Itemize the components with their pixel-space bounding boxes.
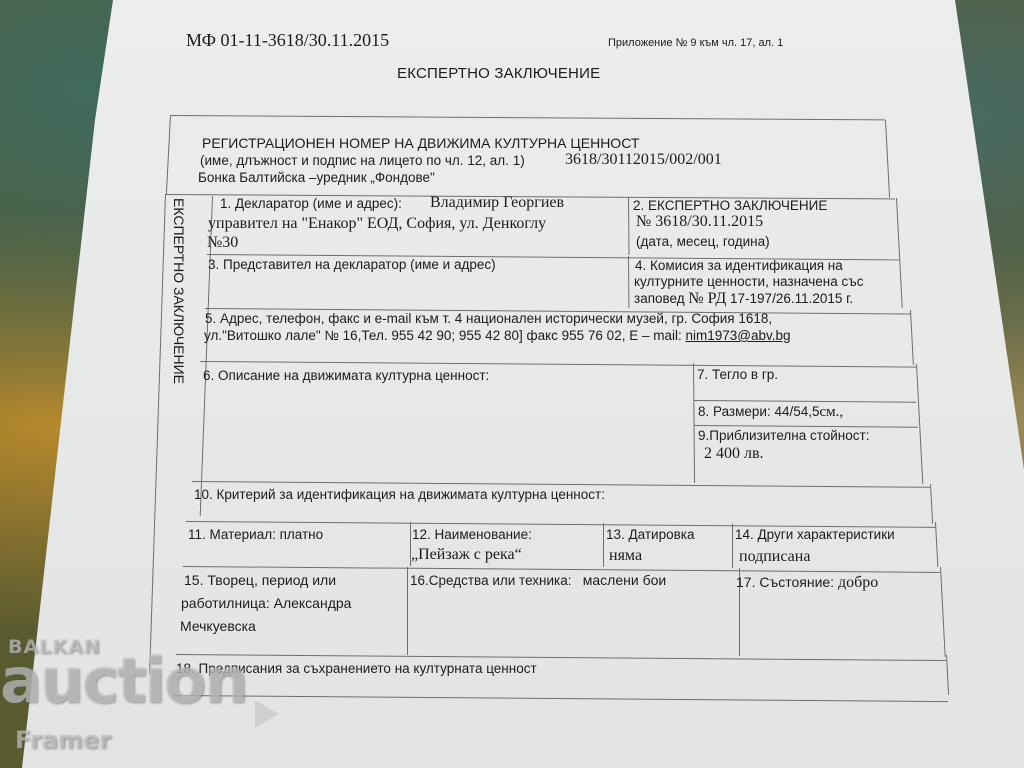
- field-14-value: подписана: [739, 548, 810, 566]
- field-4-order-prefix: заповед: [634, 291, 685, 306]
- field-7-label: 7. Тегло в гр.: [697, 367, 778, 382]
- watermark-auction: auction: [0, 644, 246, 717]
- field-1-number: №30: [207, 234, 238, 252]
- document-reference: МФ 01-11-3618/30.11.2015: [186, 30, 389, 51]
- field-5-line1: 5. Адрес, телефон, факс и e-mail към т. …: [205, 311, 772, 326]
- field-1-name: Владимир Георгиев: [430, 194, 564, 212]
- field-4-order-num: № РД: [688, 290, 726, 307]
- field-1-label: 1. Декларатор (име и адрес):: [220, 196, 402, 211]
- field-17-label: 17. Състояние: добро: [736, 574, 878, 592]
- field-2-value: № 3618/30.11.2015: [636, 213, 763, 231]
- field-5-line2: ул."Витошко лале" № 16,Тел. 955 42 90; 9…: [204, 328, 791, 343]
- side-label: ЕКСПЕРТНО ЗАКЛЮЧЕНИЕ: [171, 198, 187, 384]
- field-4-order-date: 17-197/26.11.2015 г.: [730, 291, 853, 306]
- field-3-label: 3. Представител на декларатор (име и адр…: [208, 257, 496, 272]
- field-14-label: 14. Други характеристики: [735, 527, 895, 542]
- field-8-size: 8. Размери: 44/54,5: [698, 404, 820, 419]
- field-10-label: 10. Критерий за идентификация на движима…: [194, 487, 605, 502]
- field-2-note: (дата, месец, година): [636, 234, 770, 249]
- field-15-line1: 15. Творец, период или: [184, 572, 336, 588]
- field-8-label: 8. Размери: 44/54,5см.,: [698, 404, 843, 421]
- registration-heading: РЕГИСТРАЦИОНЕН НОМЕР НА ДВИЖИМА КУЛТУРНА…: [202, 135, 639, 151]
- field-16-label: 16.Средства или техника: маслени бои: [410, 572, 666, 588]
- play-icon: [255, 700, 279, 728]
- field-4-line1: 4. Комисия за идентификация на: [635, 258, 843, 273]
- field-13-value: няма: [609, 547, 642, 565]
- field-4-line3: заповед № РД 17-197/26.11.2015 г.: [634, 290, 853, 308]
- registration-number: 3618/30112015/002/001: [565, 151, 722, 169]
- field-4-line2: културните ценности, назначена със: [634, 274, 863, 289]
- email-link[interactable]: nim1973@abv.bg: [685, 328, 790, 343]
- field-9-label: 9.Приблизителна стойност:: [698, 428, 869, 443]
- field-16-caption: 16.Средства или техника:: [410, 573, 572, 588]
- appendix-note: Приложение № 9 към чл. 17, ал. 1: [608, 37, 783, 49]
- field-12-value: „Пейзаж с река“: [411, 546, 522, 564]
- watermark-framer: Framer: [15, 726, 111, 754]
- registration-note: (име, длъжност и подпис на лицето по чл.…: [200, 153, 525, 168]
- field-17-value: добро: [838, 574, 878, 591]
- field-17-caption: 17. Състояние:: [736, 574, 834, 590]
- document-title: ЕКСПЕРТНО ЗАКЛЮЧЕНИЕ: [397, 65, 600, 82]
- field-8-unit: см.,: [820, 404, 844, 420]
- field-1-address: управител на "Енакор" ЕОД, София, ул. Де…: [208, 215, 546, 233]
- registration-person: Бонка Балтийска –уредник „Фондове": [198, 170, 435, 185]
- field-9-value: 2 400 лв.: [704, 445, 764, 463]
- field-11-label: 11. Материал: платно: [188, 527, 323, 542]
- field-16-value: маслени бои: [583, 572, 666, 588]
- field-2-label: 2. ЕКСПЕРТНО ЗАКЛЮЧЕНИЕ: [633, 198, 827, 213]
- field-15-line3: Мечкуевска: [180, 618, 256, 634]
- field-12-label: 12. Наименование:: [412, 527, 532, 542]
- field-6-label: 6. Описание на движимата културна ценнос…: [203, 368, 489, 383]
- field-13-label: 13. Датировка: [606, 527, 695, 542]
- field-5-contact: ул."Витошко лале" № 16,Тел. 955 42 90; 9…: [204, 328, 682, 343]
- field-15-line2: работилница: Александра: [181, 595, 351, 611]
